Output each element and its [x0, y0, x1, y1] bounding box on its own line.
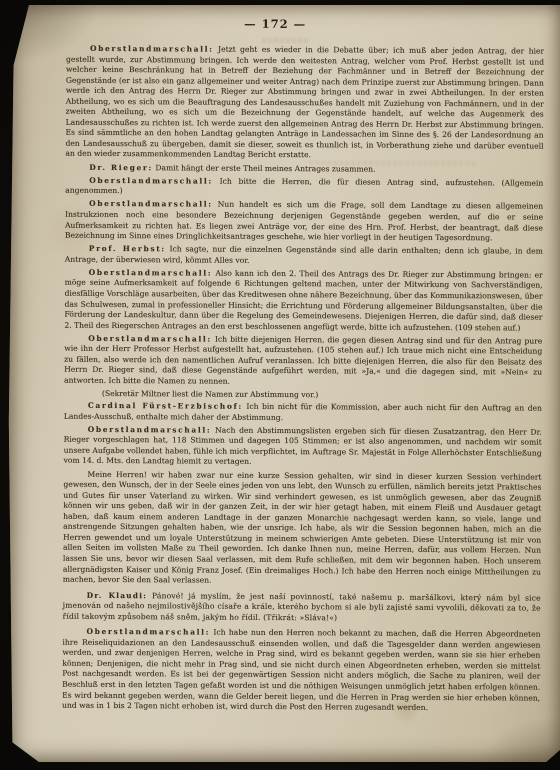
speaker-name: Oberstlandmarschall: [90, 44, 214, 54]
speech-paragraph: Oberstlandmarschall: Nach den Abstimmung… [63, 424, 541, 469]
speaker-name: Dr. Rieger: [89, 162, 153, 171]
speech-text: Jetzt geht es wieder in die Debatte über… [65, 45, 544, 160]
speech-paragraph: Oberstlandmarschall: Ich bitte die Herre… [65, 175, 543, 199]
speaker-name: Cardinal Fürst-Erzbischof: [88, 401, 243, 411]
text-paragraph: Meine Herren! wir haben zwar nur eine ku… [63, 469, 542, 588]
speaker-name: Oberstlandmarschall: [89, 268, 213, 278]
text-paragraph: (Sekretär Miltner liest die Namen zur Ab… [64, 389, 542, 402]
speech-paragraph: Oberstlandmarschall: Ich habe nun den He… [62, 627, 541, 714]
page-number: — 172 — [10, 15, 540, 32]
speech-paragraph: Dr. Rieger: Damit hängt der erste Theil … [65, 162, 543, 175]
speech-paragraph: Prof. Herbst: Ich sagte, nur die einzeln… [65, 244, 543, 268]
speech-paragraph: Oberstlandmarschall: Also kann ich den 2… [64, 268, 542, 334]
speech-text: Damit hängt der erste Theil meines Antra… [155, 163, 375, 173]
speaker-name: Oberstlandmarschall: [88, 334, 212, 344]
speech-paragraph: Dr. Klaudi: Pánové! já myslím, že jest n… [63, 590, 541, 625]
speech-paragraph: Oberstlandmarschall: Jetzt geht es wiede… [65, 44, 544, 163]
page-text: Oberstlandmarschall: Jetzt geht es wiede… [62, 44, 544, 717]
speaker-name: Oberstlandmarschall: [89, 176, 213, 186]
speaker-name: Prof. Herbst: [89, 244, 166, 253]
document-page: — 172 — Oberstlandmarschall: Jetzt geht … [8, 5, 560, 762]
speaker-name: Dr. Klaudi: [87, 590, 147, 599]
speech-text: Meine Herren! wir haben zwar nur eine ku… [63, 469, 542, 584]
speaker-name: Oberstlandmarschall: [86, 627, 210, 637]
speech-paragraph: Cardinal Fürst-Erzbischof: Ich bin nicht… [64, 401, 542, 425]
scanned-page-background: — 172 — Oberstlandmarschall: Jetzt geht … [0, 0, 560, 770]
speech-paragraph: Oberstlandmarschall: Nun handelt es sich… [65, 199, 543, 244]
bleed-through-smudge [262, 38, 308, 43]
speech-text: (Sekretär Miltner liest die Namen zur Ab… [102, 389, 318, 399]
speaker-name: Oberstlandmarschall: [88, 425, 212, 435]
speech-text: Also kann ich den 2. Theil des Antrags d… [64, 268, 542, 332]
speech-paragraph: Oberstlandmarschall: Ich bitte diejenige… [64, 333, 542, 389]
speaker-name: Oberstlandmarschall: [89, 199, 213, 209]
page-content-area: — 172 — Oberstlandmarschall: Jetzt geht … [6, 3, 560, 763]
speech-text: Ich habe nun den Herren noch bekannt zu … [62, 628, 540, 712]
